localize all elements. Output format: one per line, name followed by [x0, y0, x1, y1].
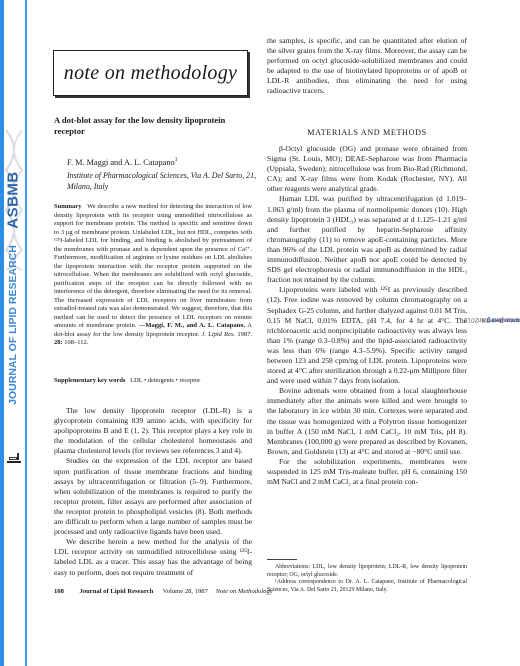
footer-journal: Journal of Lipid Research [80, 588, 154, 595]
citation-authors: —Maggi, F. M., and A. L. Catapano. [139, 322, 245, 329]
methods-body: β-Octyl glucoside (OG) and pronase were … [267, 144, 467, 487]
keywords-label: Supplementary key words [54, 377, 125, 384]
methods-paragraph: Human LDL was purified by ultracentrifug… [267, 194, 467, 285]
page-footer: 108 Journal of Lipid Research Volume 28,… [54, 588, 273, 595]
keywords-list: LDL • detergents • receptor [130, 377, 200, 384]
library-logo-icon [6, 452, 22, 464]
footnote: ¹Address correspondence to Dr. A. L. Cat… [267, 579, 467, 594]
methods-heading: MATERIALS AND METHODS [267, 128, 467, 137]
summary: Summary We describe a new method for det… [54, 203, 252, 348]
methods-paragraph: β-Octyl glucoside (OG) and pronase were … [267, 144, 467, 194]
intro-paragraph: The low density lipoprotein receptor (LD… [54, 406, 252, 456]
article-title: A dot-blot assay for the low density lip… [54, 115, 254, 137]
footnote: Abbreviations: LDL, low density lipoprot… [267, 564, 467, 579]
section-header: note on methodology [64, 62, 237, 85]
footer-volume: Volume 28, 1987 [163, 588, 208, 595]
download-note: Downloaded from www.jlr.org by guest, on… [496, 200, 510, 440]
footer-section: Note on Methodology [216, 588, 273, 595]
methods-paragraph: Bovine adrenals were obtained from a loc… [267, 386, 467, 457]
sidebar-divider [25, 0, 27, 666]
intro-paragraph: We describe herein a new method for the … [54, 537, 252, 577]
methods-paragraph: Lipoproteins were labeled with ¹²⁵I as p… [267, 285, 467, 386]
article-authors: F. M. Maggi and A. L. Catapano1 [67, 158, 178, 167]
journal-sidebar: ASBMB JOURNAL OF LIPID RESEARCH [0, 0, 26, 666]
affiliation: Institute of Pharmacological Sciences, V… [67, 171, 257, 192]
journal-name-vertical: JOURNAL OF LIPID RESEARCH [2, 225, 24, 425]
footnote-rule [267, 559, 297, 560]
intro-paragraph: Studies on the expression of the LDL rec… [54, 456, 252, 537]
intro-continued: the samples, is specific, and can be qua… [267, 36, 467, 97]
summary-text: We describe a new method for detecting t… [54, 203, 252, 329]
introduction: The low density lipoprotein receptor (LD… [54, 406, 252, 578]
footnotes: Abbreviations: LDL, low density lipoprot… [267, 564, 467, 594]
page-number: 108 [54, 588, 64, 595]
summary-label: Summary [54, 203, 81, 210]
methods-paragraph: For the solubilization experiments, memb… [267, 457, 467, 487]
section-header-box: note on methodology [53, 50, 248, 96]
keywords: Supplementary key words LDL • detergents… [54, 377, 200, 384]
